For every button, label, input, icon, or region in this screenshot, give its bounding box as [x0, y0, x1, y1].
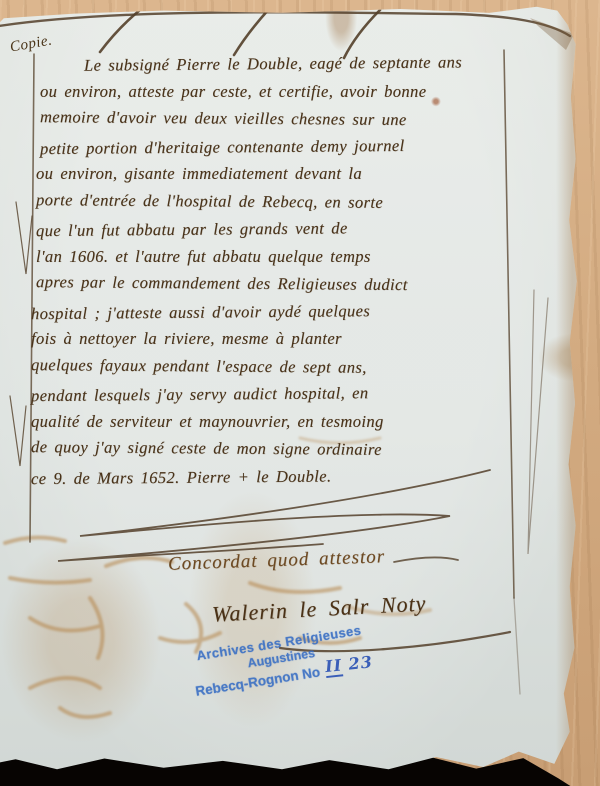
manuscript-line: memoire d'avoir veu deux vieilles chesne…	[40, 103, 518, 134]
manuscript-line: qualité de serviteur et maynouvrier, en …	[31, 408, 518, 436]
manuscript-line: hospital ; j'atteste aussi d'avoir aydé …	[31, 295, 518, 327]
stamp-handwritten-number: II 23	[324, 652, 374, 676]
manuscript-line: Le subsigné Pierre le Double, eagé de se…	[40, 48, 518, 80]
paper-page: Copie. Le subsigné Pierre le Double, eag…	[0, 6, 578, 770]
manuscript-line: l'an 1606. et l'autre fut abbatu quelque…	[36, 243, 518, 271]
manuscript-body: Le subsigné Pierre le Double, eagé de se…	[40, 50, 518, 490]
manuscript-line: que l'un fut abbatu par les grands vent …	[36, 213, 518, 245]
manuscript-line: ou environ, atteste par ceste, et certif…	[40, 78, 518, 106]
manuscript-line: ou environ, gisante immediatement devant…	[36, 160, 518, 188]
manuscript-line: fois à nettoyer la riviere, mesme à plan…	[31, 325, 518, 353]
manuscript-line: ce 9. de Mars 1652. Pierre + le Double.	[31, 460, 518, 492]
manuscript-line: apres par le commandement des Religieuse…	[36, 268, 518, 299]
manuscript-photo: Copie. Le subsigné Pierre le Double, eag…	[0, 0, 600, 786]
manuscript-line: porte d'entrée de l'hospital de Rebecq, …	[36, 186, 518, 217]
manuscript-line: quelques fayaux pendant l'espace de sept…	[31, 351, 518, 382]
paper-top-edge	[0, 12, 570, 36]
manuscript-line: petite portion d'heritaige contenante de…	[40, 130, 518, 162]
manuscript-line: de quoy j'ay signé ceste de mon signe or…	[31, 433, 518, 464]
manuscript-line: pendant lesquels j'ay servy audict hospi…	[31, 378, 518, 410]
